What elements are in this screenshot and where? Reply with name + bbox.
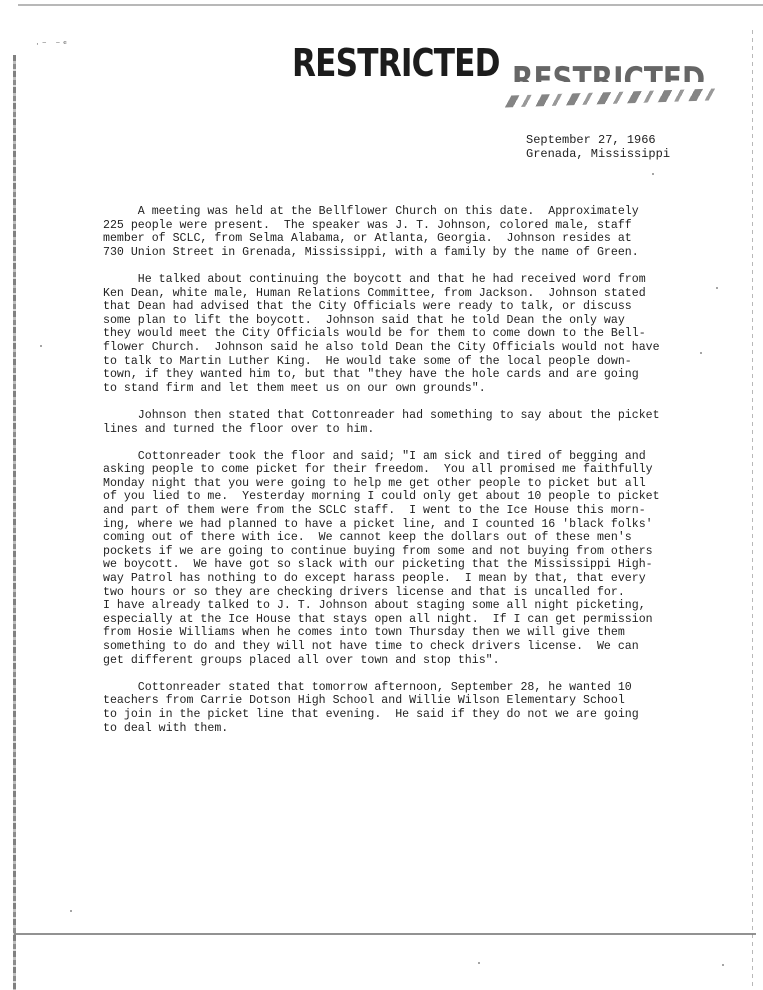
scan-speck xyxy=(722,964,724,966)
restricted-stamp-faded: RESTRICTED xyxy=(512,54,730,82)
text-line: lines and turned the floor over to him. xyxy=(103,423,683,437)
text-line: way Patrol has nothing to do except hara… xyxy=(103,572,683,586)
document-body: A meeting was held at the Bellflower Chu… xyxy=(103,205,683,749)
dateline: September 27, 1966Grenada, Mississippi xyxy=(526,133,670,161)
text-line: of you lied to me. Yesterday morning I c… xyxy=(103,490,683,504)
text-line: pockets if we are going to continue buyi… xyxy=(103,545,683,559)
scan-edge-right xyxy=(752,30,753,990)
document-date: September 27, 1966 xyxy=(526,133,670,147)
restricted-stamp: RESTRICTED xyxy=(292,44,500,82)
text-line: Cottonreader took the floor and said; "I… xyxy=(103,450,683,464)
text-line: they would meet the City Officials would… xyxy=(103,327,683,341)
paragraph: A meeting was held at the Bellflower Chu… xyxy=(103,205,683,259)
scan-edge-top xyxy=(18,4,763,6)
text-line: 730 Union Street in Grenada, Mississippi… xyxy=(103,246,683,260)
paragraph: Cottonreader stated that tomorrow aftern… xyxy=(103,681,683,735)
text-line: Monday night that you were going to help… xyxy=(103,477,683,491)
scan-speck xyxy=(652,173,654,175)
text-line: we boycott. We have got so slack with ou… xyxy=(103,558,683,572)
scan-speck xyxy=(478,962,480,964)
text-line: member of SCLC, from Selma Alabama, or A… xyxy=(103,232,683,246)
text-line: flower Church. Johnson said he also told… xyxy=(103,341,683,355)
corner-scan-marks: ·⁻ ⁻ᵉ xyxy=(36,40,70,50)
scan-edge-bottom xyxy=(14,933,756,935)
text-line: something to do and they will not have t… xyxy=(103,640,683,654)
stamp-smudge xyxy=(505,89,715,108)
text-line: Cottonreader stated that tomorrow aftern… xyxy=(103,681,683,695)
text-line: A meeting was held at the Bellflower Chu… xyxy=(103,205,683,219)
text-line: Ken Dean, white male, Human Relations Co… xyxy=(103,287,683,301)
text-line: especially at the Ice House that stays o… xyxy=(103,613,683,627)
scanned-document-page: ·⁻ ⁻ᵉ RESTRICTED RESTRICTED September 27… xyxy=(0,0,763,990)
text-line: that Dean had advised that the City Offi… xyxy=(103,300,683,314)
text-line: two hours or so they are checking driver… xyxy=(103,586,683,600)
scan-speck xyxy=(40,345,42,347)
scan-speck xyxy=(716,287,718,289)
text-line: He talked about continuing the boycott a… xyxy=(103,273,683,287)
text-line: and part of them were from the SCLC staf… xyxy=(103,504,683,518)
text-line: Johnson then stated that Cottonreader ha… xyxy=(103,409,683,423)
scan-edge-left xyxy=(13,55,16,990)
text-line: to stand firm and let them meet us on ou… xyxy=(103,382,683,396)
text-line: some plan to lift the boycott. Johnson s… xyxy=(103,314,683,328)
paragraph: Cottonreader took the floor and said; "I… xyxy=(103,450,683,668)
scan-speck xyxy=(70,910,72,912)
restricted-stamp-faded-text: RESTRICTED xyxy=(512,60,705,82)
text-line: ing, where we had planned to have a pick… xyxy=(103,518,683,532)
paragraph: He talked about continuing the boycott a… xyxy=(103,273,683,395)
text-line: coming out of there with ice. We cannot … xyxy=(103,531,683,545)
text-line: town, if they wanted him to, but that "t… xyxy=(103,368,683,382)
text-line: 225 people were present. The speaker was… xyxy=(103,219,683,233)
paragraph: Johnson then stated that Cottonreader ha… xyxy=(103,409,683,436)
text-line: from Hosie Williams when he comes into t… xyxy=(103,626,683,640)
text-line: teachers from Carrie Dotson High School … xyxy=(103,694,683,708)
text-line: to join in the picket line that evening.… xyxy=(103,708,683,722)
document-location: Grenada, Mississippi xyxy=(526,147,670,161)
text-line: to deal with them. xyxy=(103,722,683,736)
scan-speck xyxy=(700,352,702,354)
text-line: get different groups placed all over tow… xyxy=(103,654,683,668)
text-line: I have already talked to J. T. Johnson a… xyxy=(103,599,683,613)
text-line: to talk to Martin Luther King. He would … xyxy=(103,355,683,369)
text-line: asking people to come picket for their f… xyxy=(103,463,683,477)
